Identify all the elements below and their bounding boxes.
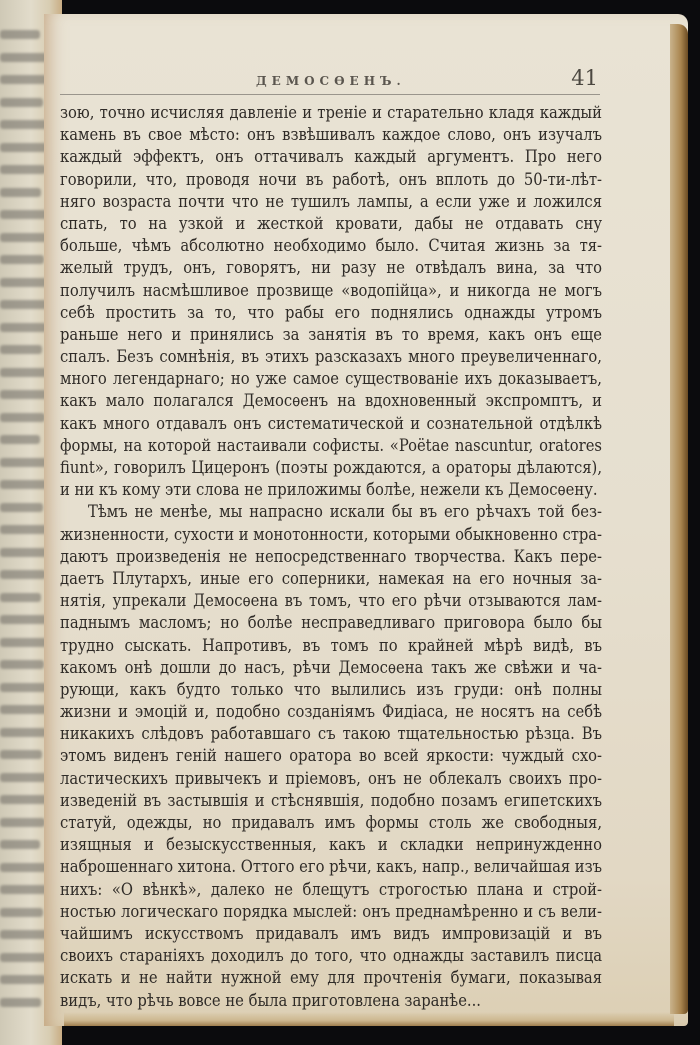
facing-page-text-blur — [0, 638, 49, 647]
text-line: даютъ произведенія не непосредственнаго … — [60, 546, 602, 568]
text-line: нятія, упрекали Демосѳена въ томъ, что е… — [60, 590, 602, 612]
facing-page-text-blur — [0, 885, 48, 894]
facing-page-text-blur — [0, 165, 46, 174]
text-line: этомъ виденъ геній нашего оратора во все… — [60, 745, 602, 767]
page-fore-edge — [670, 24, 688, 1014]
text-line: статуй, одежды, но придавалъ имъ формы с… — [60, 812, 602, 834]
text-line: даетъ Плутархъ, иные его соперники, наме… — [60, 568, 602, 590]
text-line: жизни и эмоцій и, подобно созданіямъ Фид… — [60, 701, 602, 723]
text-line: больше, чѣмъ абсолютно необходимо было. … — [60, 235, 602, 257]
facing-page-text-blur — [0, 75, 48, 84]
text-line: и ни къ кому эти слова не приложимы болѣ… — [60, 479, 602, 501]
text-line: чайшимъ искусствомъ придавалъ имъ видъ и… — [60, 923, 602, 945]
facing-page-text-blur — [0, 503, 43, 512]
facing-page-text-blur — [0, 413, 45, 422]
text-line: жизненности, сухости и монотонности, кот… — [60, 524, 602, 546]
facing-page-text-blur — [0, 30, 40, 39]
facing-page-text-blur — [0, 345, 42, 354]
facing-page-text-blur — [0, 795, 50, 804]
text-line: ластическихъ привычекъ и пріемовъ, онъ н… — [60, 768, 602, 790]
text-line: говорили, что, проводя ночи въ работѣ, о… — [60, 169, 602, 191]
text-line: изящныя и безыскусственныя, какъ и склад… — [60, 834, 602, 856]
text-line: нихъ: «О вѣнкѣ», далеко не блещутъ строг… — [60, 879, 602, 901]
facing-page-text-blur — [0, 188, 41, 197]
book-page: ДЕМОСѲЕНЪ. 41 зою, точно исчисляя давлен… — [44, 14, 688, 1026]
page-bottom-edge — [64, 1012, 674, 1026]
facing-page-text-blur — [0, 435, 40, 444]
facing-page-text-blur — [0, 593, 41, 602]
text-line: получилъ насмѣшливое прозвище «водопійца… — [60, 280, 602, 302]
text-line: своихъ стараніяхъ доходилъ до того, что … — [60, 945, 602, 967]
text-line: видъ, что рѣчь вовсе не была приготовлен… — [60, 990, 602, 1012]
facing-page-text-blur — [0, 323, 47, 332]
text-line: камень въ свое мѣсто: онъ взвѣшивалъ каж… — [60, 124, 602, 146]
facing-page-text-blur — [0, 998, 41, 1007]
text-line: ностью логическаго порядка мыслей: онъ п… — [60, 901, 602, 923]
facing-page-text-blur — [0, 975, 46, 984]
facing-page-text-blur — [0, 233, 49, 242]
facing-page-text-blur — [0, 840, 40, 849]
text-line: изведеній въ застывшія и стѣснявшія, под… — [60, 790, 602, 812]
text-line: спалъ. Безъ сомнѣнія, въ этихъ разсказах… — [60, 346, 602, 368]
facing-page-text-blur — [0, 255, 44, 264]
paragraph-start-line: Тѣмъ не менѣе, мы напрасно искали бы въ … — [60, 501, 602, 523]
text-line: много легендарнаго; но уже самое существ… — [60, 368, 602, 390]
text-line: трудно сыскать. Напротивъ, въ томъ по кр… — [60, 635, 602, 657]
facing-page-text-blur — [0, 480, 48, 489]
facing-page-text-blur — [0, 728, 47, 737]
text-line: какъ много отдавалъ онъ систематической … — [60, 413, 602, 435]
text-line: никакихъ слѣдовъ работавшаго съ такою тщ… — [60, 723, 602, 745]
text-line: какъ мало полагался Демосѳенъ на вдохнов… — [60, 390, 602, 412]
text-line: раньше него и принялись за занятія въ то… — [60, 324, 602, 346]
facing-page-text-blur — [0, 660, 44, 669]
text-line: няго возраста почти что не тушилъ лампы,… — [60, 191, 602, 213]
text-line: спать, то на узкой и жесткой кровати, да… — [60, 213, 602, 235]
page-number: 41 — [571, 66, 598, 90]
running-head: ДЕМОСѲЕНЪ. 41 — [60, 64, 600, 95]
text-line: наброшеннаго хитона. Оттого его рѣчи, ка… — [60, 856, 602, 878]
text-line: рующи, какъ будто только что вылились из… — [60, 679, 602, 701]
text-line: желый трудъ, онъ, говорятъ, ни разу не о… — [60, 257, 602, 279]
text-line: какомъ онѣ дошли до насъ, рѣчи Демосѳена… — [60, 657, 602, 679]
text-line: каждый эффектъ, онъ оттачивалъ каждый ар… — [60, 146, 602, 168]
facing-page-text-blur — [0, 98, 43, 107]
text-line: fiunt», говорилъ Цицеронъ (поэты рождают… — [60, 457, 602, 479]
running-title: ДЕМОСѲЕНЪ. — [256, 74, 406, 88]
facing-page-text-blur — [0, 390, 50, 399]
text-line: формы, на которой настаивали софисты. «P… — [60, 435, 602, 457]
facing-page-text-blur — [0, 908, 43, 917]
facing-page-text-blur — [0, 750, 42, 759]
text-line: искать и не найти нужной ему для прочтен… — [60, 967, 602, 989]
text-line: себѣ простить за то, что рабы его поднял… — [60, 302, 602, 324]
body-text: зою, точно исчисляя давленіе и треніе и … — [60, 102, 602, 1012]
text-line: зою, точно исчисляя давленіе и треніе и … — [60, 102, 602, 124]
text-line: паднымъ масломъ; но болѣе несправедливаг… — [60, 612, 602, 634]
facing-page-text-blur — [0, 818, 45, 827]
facing-page-text-blur — [0, 570, 46, 579]
